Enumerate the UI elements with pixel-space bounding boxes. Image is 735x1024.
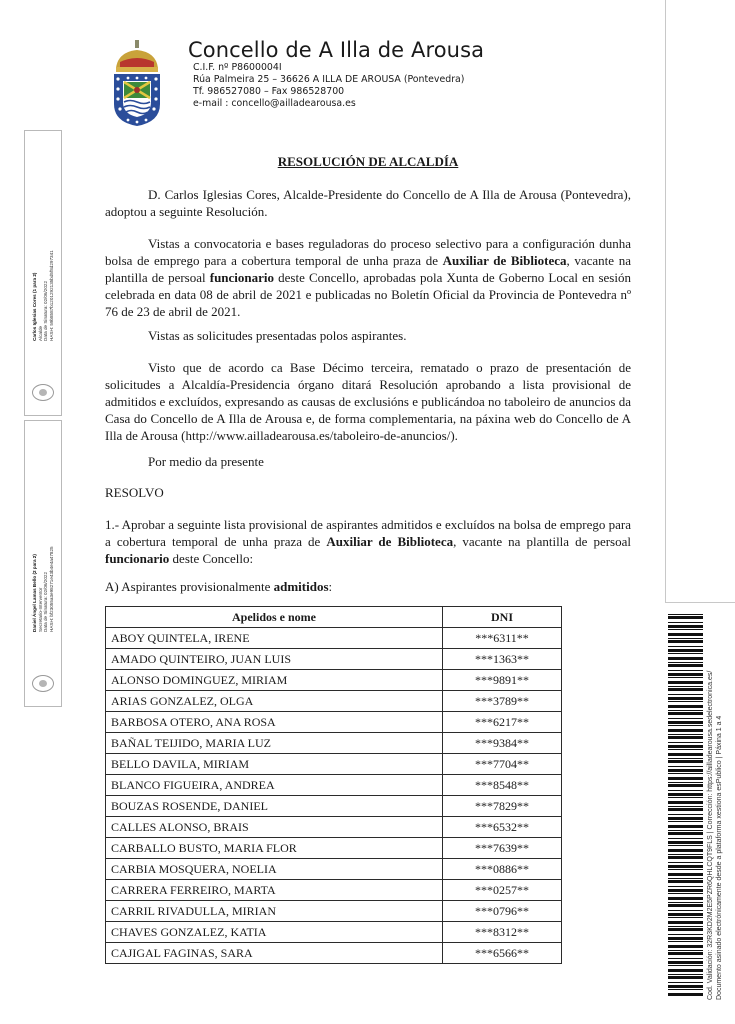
paragraph-convocatoria: Vistas a convocatoria e bases reguladora… bbox=[105, 235, 631, 320]
paragraph-presente: Por medio da presente bbox=[105, 453, 631, 470]
table-header-row: Apelidos e nome DNI bbox=[106, 607, 562, 628]
table-row: BELLO DAVILA, MIRIAM***7704** bbox=[106, 754, 562, 775]
validation-code: Cod. Validación: 32R3KD2M2E5PZR6QHLCQT9F… bbox=[706, 671, 715, 1000]
candidate-dni: ***0257** bbox=[443, 880, 562, 901]
table-row: ARIAS GONZALEZ, OLGA***3789** bbox=[106, 691, 562, 712]
candidate-name: BLANCO FIGUEIRA, ANDREA bbox=[106, 775, 443, 796]
paragraph-base: Visto que de acordo ca Base Décimo terce… bbox=[105, 359, 631, 444]
candidate-dni: ***6532** bbox=[443, 817, 562, 838]
candidate-name: CHAVES GONZALEZ, KATIA bbox=[106, 922, 443, 943]
table-row: ABOY QUINTELA, IRENE***6311** bbox=[106, 628, 562, 649]
p8-bold: admitidos bbox=[274, 579, 329, 594]
candidate-dni: ***6311** bbox=[443, 628, 562, 649]
candidate-dni: ***9384** bbox=[443, 733, 562, 754]
paragraph-3: Vistas as solicitudes presentadas polos … bbox=[105, 327, 631, 344]
signature-box-2: Daniel Ángel Lamas Bello (2 para 2) Secr… bbox=[24, 420, 62, 707]
candidate-dni: ***7829** bbox=[443, 796, 562, 817]
table-row: BOUZAS ROSENDE, DANIEL***7829** bbox=[106, 796, 562, 817]
p7-bold-post: Auxiliar de Biblioteca bbox=[326, 534, 453, 549]
page-frame-vertical-line bbox=[665, 0, 666, 602]
candidate-name: ARIAS GONZALEZ, OLGA bbox=[106, 691, 443, 712]
candidate-dni: ***8548** bbox=[443, 775, 562, 796]
candidate-dni: ***9891** bbox=[443, 670, 562, 691]
candidate-dni: ***7639** bbox=[443, 838, 562, 859]
p7-text-b: , vacante na plantilla de persoal bbox=[453, 534, 631, 549]
signature-2-text: Daniel Ángel Lamas Bello (2 para 2) Secr… bbox=[32, 546, 54, 632]
validation-text: Cod. Validación: 32R3KD2M2E5PZR6QHLCQT9F… bbox=[706, 671, 724, 1000]
candidate-dni: ***7704** bbox=[443, 754, 562, 775]
candidate-name: BELLO DAVILA, MIRIAM bbox=[106, 754, 443, 775]
paragraph-resolvo: RESOLVO bbox=[105, 484, 631, 501]
paragraph-4: Visto que de acordo ca Base Décimo terce… bbox=[105, 359, 631, 444]
paragraph-aprobar: 1.- Aprobar a seguinte lista provisional… bbox=[105, 516, 631, 567]
candidate-dni: ***3789** bbox=[443, 691, 562, 712]
candidate-name: CARRIL RIVADULLA, MIRIAN bbox=[106, 901, 443, 922]
table-row: CARBIA MOSQUERA, NOELIA***0886** bbox=[106, 859, 562, 880]
validation-signed-note: Documento asinado electrónicamente desde… bbox=[715, 671, 724, 1000]
table-row: CAJIGAL FAGINAS, SARA***6566** bbox=[106, 943, 562, 964]
candidate-name: CAJIGAL FAGINAS, SARA bbox=[106, 943, 443, 964]
document-title: RESOLUCIÓN DE ALCALDÍA bbox=[105, 154, 631, 170]
candidate-dni: ***1363** bbox=[443, 649, 562, 670]
cif: C.I.F. nº P8600004I bbox=[188, 62, 484, 74]
signature-1-hash: HASH: 59b8587b1201292135bd5f8d297341 bbox=[49, 250, 55, 341]
candidate-name: BARBOSA OTERO, ANA ROSA bbox=[106, 712, 443, 733]
candidate-name: CARRERA FERREIRO, MARTA bbox=[106, 880, 443, 901]
signature-2-name: Daniel Ángel Lamas Bello (2 para 2) bbox=[32, 546, 38, 632]
candidate-name: BOUZAS ROSENDE, DANIEL bbox=[106, 796, 443, 817]
p7-text-c: deste Concello: bbox=[169, 551, 253, 566]
signature-box-1: Carlos Iglesias Cores (1 para 2) Alcalde… bbox=[24, 130, 62, 416]
candidate-dni: ***8312** bbox=[443, 922, 562, 943]
p8-text-b: : bbox=[329, 579, 333, 594]
p2-bold-type: funcionario bbox=[210, 270, 274, 285]
candidate-dni: ***0886** bbox=[443, 859, 562, 880]
candidate-name: CARBIA MOSQUERA, NOELIA bbox=[106, 859, 443, 880]
paragraph-admitidos: A) Aspirantes provisionalmente admitidos… bbox=[105, 578, 631, 595]
organization-name: Concello de A Illa de Arousa bbox=[188, 38, 484, 62]
table-row: AMADO QUINTEIRO, JUAN LUIS***1363** bbox=[106, 649, 562, 670]
paragraph-solicitudes: Vistas as solicitudes presentadas polos … bbox=[105, 327, 631, 344]
paragraph-intro: D. Carlos Iglesias Cores, Alcalde-Presid… bbox=[105, 186, 631, 220]
table-row: CARBALLO BUSTO, MARIA FLOR***7639** bbox=[106, 838, 562, 859]
resolvo-heading: RESOLVO bbox=[105, 484, 631, 501]
signature-seal-icon bbox=[32, 675, 54, 692]
email: e-mail : concello@ailladearousa.es bbox=[188, 98, 484, 110]
candidate-dni: ***6217** bbox=[443, 712, 562, 733]
coat-of-arms-icon bbox=[108, 38, 166, 128]
table-row: BAÑAL TEIJIDO, MARIA LUZ***9384** bbox=[106, 733, 562, 754]
p2-bold-post: Auxiliar de Biblioteca bbox=[443, 253, 567, 268]
table-row: CARRERA FERREIRO, MARTA***0257** bbox=[106, 880, 562, 901]
p7-bold-type: funcionario bbox=[105, 551, 169, 566]
table-row: ALONSO DOMINGUEZ, MIRIAM***9891** bbox=[106, 670, 562, 691]
candidate-name: AMADO QUINTEIRO, JUAN LUIS bbox=[106, 649, 443, 670]
header-dni: DNI bbox=[443, 607, 562, 628]
phone-fax: Tf. 986527080 – Fax 986528700 bbox=[188, 86, 484, 98]
table-row: CHAVES GONZALEZ, KATIA***8312** bbox=[106, 922, 562, 943]
candidate-dni: ***0796** bbox=[443, 901, 562, 922]
table-row: BARBOSA OTERO, ANA ROSA***6217** bbox=[106, 712, 562, 733]
signature-2-hash: HASH: bf23055a3e98271e43b4e4a47825 bbox=[49, 546, 55, 632]
table-row: CARRIL RIVADULLA, MIRIAN***0796** bbox=[106, 901, 562, 922]
candidate-name: CALLES ALONSO, BRAIS bbox=[106, 817, 443, 838]
candidate-dni: ***6566** bbox=[443, 943, 562, 964]
p8-text-a: A) Aspirantes provisionalmente bbox=[105, 579, 274, 594]
header-name: Apelidos e nome bbox=[106, 607, 443, 628]
candidate-name: ALONSO DOMINGUEZ, MIRIAM bbox=[106, 670, 443, 691]
paragraph-1: D. Carlos Iglesias Cores, Alcalde-Presid… bbox=[105, 186, 631, 220]
candidate-name: CARBALLO BUSTO, MARIA FLOR bbox=[106, 838, 443, 859]
validation-barcode-icon bbox=[668, 614, 703, 998]
table-row: CALLES ALONSO, BRAIS***6532** bbox=[106, 817, 562, 838]
signature-seal-icon bbox=[32, 384, 54, 401]
page-frame-horizontal-line bbox=[665, 602, 735, 603]
paragraph-5: Por medio da presente bbox=[105, 453, 631, 470]
signature-1-text: Carlos Iglesias Cores (1 para 2) Alcalde… bbox=[32, 250, 54, 341]
table-row: BLANCO FIGUEIRA, ANDREA***8548** bbox=[106, 775, 562, 796]
admitted-candidates-table: Apelidos e nome DNI ABOY QUINTELA, IRENE… bbox=[105, 606, 562, 964]
address: Rúa Palmeira 25 – 36626 A ILLA DE AROUSA… bbox=[188, 74, 484, 86]
candidate-name: ABOY QUINTELA, IRENE bbox=[106, 628, 443, 649]
candidate-name: BAÑAL TEIJIDO, MARIA LUZ bbox=[106, 733, 443, 754]
